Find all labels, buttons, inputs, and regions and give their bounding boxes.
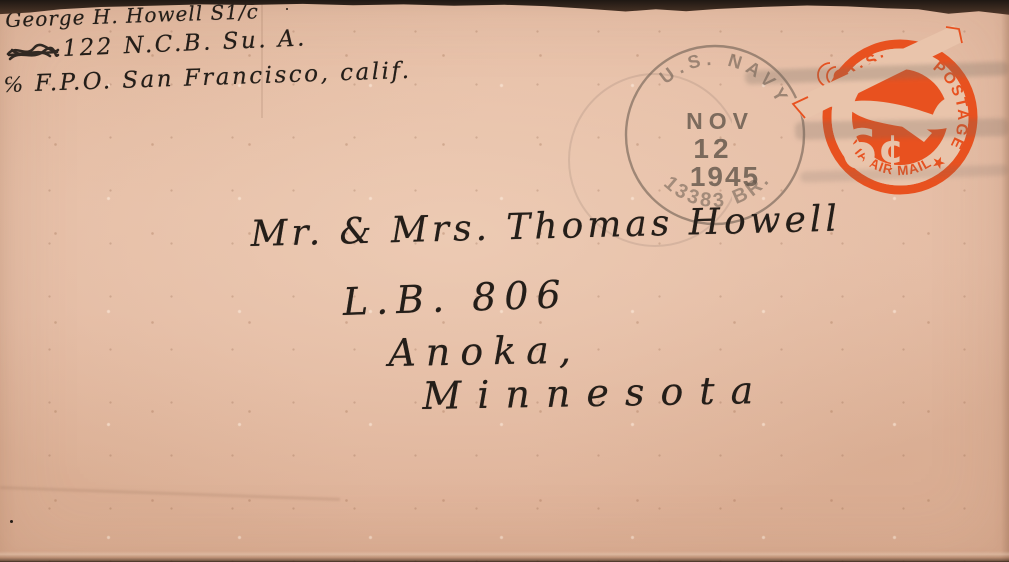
bottom-edge-shadow	[0, 551, 1009, 562]
ink-speck	[10, 520, 13, 523]
recipient-line-2: L.B. 806	[342, 272, 569, 324]
postmark-month: NOV	[686, 108, 754, 134]
airmail-stamp: U·S· POSTAGE VIA AIR MAIL ★ 6 ¢	[780, 5, 1009, 217]
right-edge-shadow	[1001, 0, 1009, 562]
envelope-scan: U.S. NAVY NOV 12 1945 13383 BR. U·S· POS…	[0, 0, 1009, 562]
scribble-crossed-out	[6, 40, 60, 66]
ink-speck	[286, 8, 288, 10]
envelope-seam-crease	[261, 0, 263, 118]
recipient-line-3: Anoka,	[388, 328, 581, 375]
recipient-line-4: Minnesota	[422, 368, 770, 418]
cancel-smudge	[795, 118, 1009, 140]
postmark-day: 12	[693, 133, 732, 164]
